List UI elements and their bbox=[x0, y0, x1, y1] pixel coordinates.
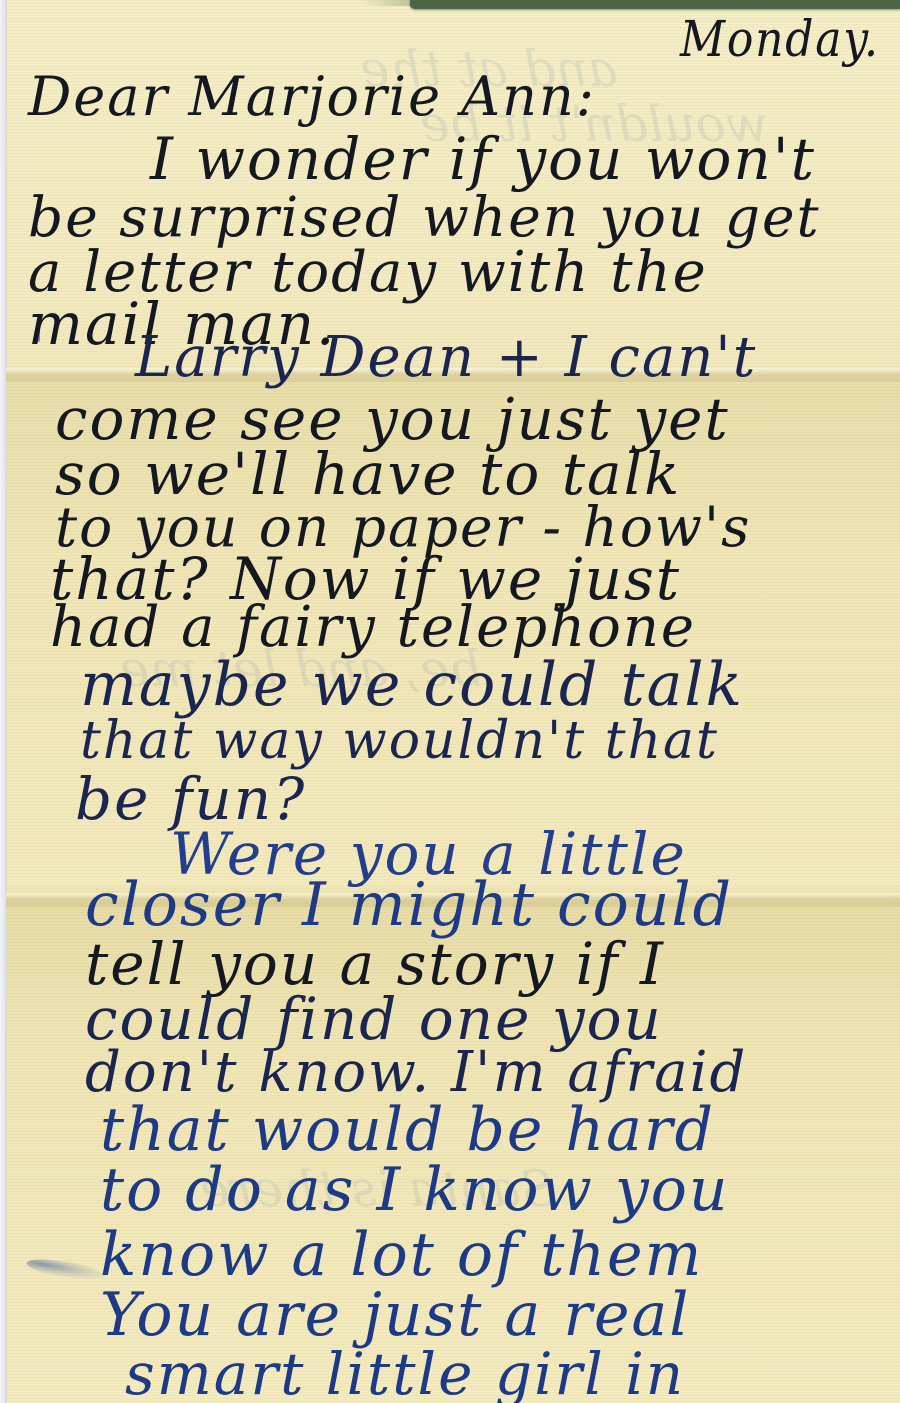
top-green-band bbox=[410, 0, 900, 9]
letter-line: to do as I know you bbox=[100, 1160, 730, 1220]
paper-left-margin bbox=[0, 0, 7, 1403]
letter-salutation: Dear Marjorie Ann: bbox=[28, 70, 596, 124]
letter-line: I wonder if you won't bbox=[150, 130, 816, 188]
letter-line: that would be hard bbox=[100, 1100, 715, 1160]
letter-line: know a lot of them bbox=[100, 1225, 703, 1285]
letter-line: Larry Dean + I can't bbox=[135, 330, 757, 386]
letter-line: that way wouldn't that bbox=[80, 715, 719, 767]
letter-line: smart little girl in bbox=[125, 1345, 685, 1403]
letter-line: You are just a real bbox=[100, 1285, 690, 1345]
letter-line: closer I might could bbox=[85, 875, 733, 935]
letter-date: Monday. bbox=[680, 14, 880, 64]
letter-line: maybe we could talk bbox=[80, 655, 744, 715]
letter-line: don't know. I'm afraid bbox=[85, 1045, 747, 1101]
letter-line: had a fairy telephone bbox=[50, 600, 696, 656]
letter-line: be surprised when you get bbox=[28, 190, 821, 245]
